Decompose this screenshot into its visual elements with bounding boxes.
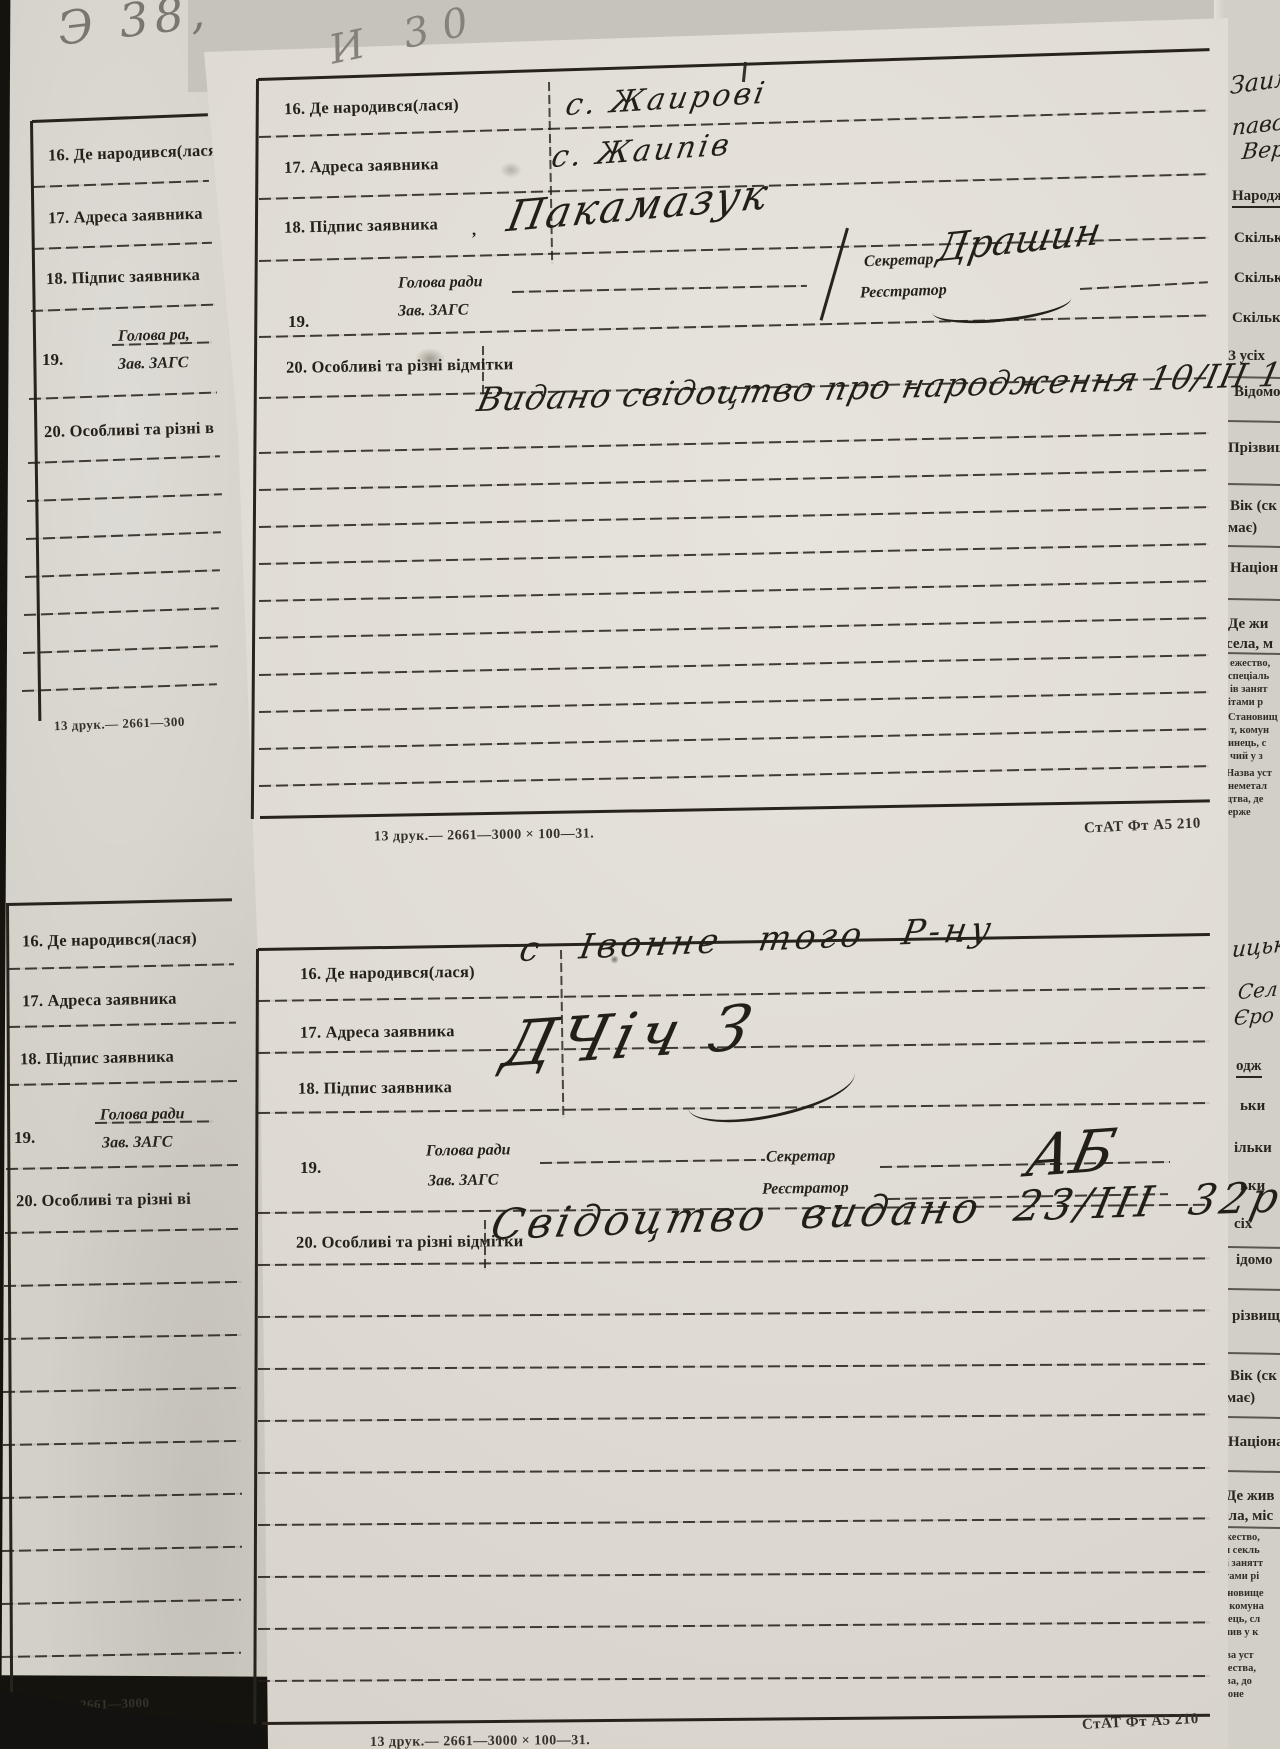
field16-label: 16. Де народився(лася) [300,962,475,984]
field19-number: 19. [14,1128,35,1148]
secretary-label: Секретар [864,251,934,271]
column-label-fragment: ьки [1240,1098,1265,1115]
field20-label: 20. Особливі та різні ві [16,1189,191,1211]
column-label-fragment: Скільки [1234,230,1280,247]
zags-registrar-label: Зав. ЗАГС [102,1134,173,1153]
small-print-fragment: . комуна [1224,1601,1264,1612]
residence-label-fragment: ела, міс [1222,1508,1273,1525]
small-print-fragment: чий у з [1230,751,1263,762]
column-label-fragment: різвищ [1232,1308,1280,1325]
small-print-fragment: ів занят [1230,684,1268,695]
small-print-fragment: кество, [1226,1532,1260,1543]
field16-label: 16. Де народився(лася) [22,928,197,951]
zags-registrar-label: Зав. ЗАГС [428,1172,499,1191]
column-label-fragment: Прізвищ [1228,440,1280,457]
registrar-label: Реєстратор [860,281,947,302]
residence-label-fragment: Де жи [1228,616,1268,633]
column-label-fragment: ідомо [1236,1252,1273,1269]
age-label-fragment: має) [1228,520,1257,537]
handwriting-fragment: Єро [1233,1002,1275,1030]
small-print-fragment: ановище [1222,1588,1264,1599]
field20-label: 20. Особливі та різні відмітки [286,354,514,378]
small-print-fragment: Назва уст [1226,768,1272,779]
small-print-fragment: спеціаль [1228,671,1269,682]
field19-number: 19. [300,1158,321,1178]
field18-label: 18. Підпис заявника [298,1077,452,1099]
field17-label: 17. Адреса заявника [22,989,177,1012]
field19-number: 19. [288,312,309,332]
ink-stain [500,162,522,178]
small-print-fragment: ітами р [1228,697,1263,708]
field18-label: 18. Підпис заявника [20,1047,174,1070]
handwriting-fragment: павс [1231,110,1280,141]
column-label-fragment: одж [1236,1058,1262,1078]
small-print-fragment: неметал [1228,781,1267,792]
field20-label: 20. Особливі та різні в [44,418,215,442]
zags-registrar-label: Зав. ЗАГС [118,354,189,374]
column-label-fragment: Скільки [1232,310,1280,327]
head-of-council-label: Голова ради [398,273,483,292]
nationality-label-fragment: Націона [1228,1434,1280,1451]
punctuation-mark: , [472,220,476,240]
handwriting-fragment: Сел [1237,976,1279,1004]
zags-registrar-label: Зав. ЗАГС [398,301,469,320]
print-code-footer: 13 друк.— 2661—3000 × 100—31. [374,826,594,845]
small-print-fragment: цтва, де [1226,794,1263,805]
scanned-registry-page: Э 38, 16. Де народився(лася 17. Адреса з… [0,0,1280,1749]
field17-label: 17. Адреса заявника [300,1021,455,1043]
column-label-fragment: Народж [1232,188,1280,208]
scan-background-shadow [0,1680,262,1749]
small-print-fragment: т, комун [1230,725,1269,736]
field18-label: 18. Підпис заявника [284,214,438,237]
small-print-fragment: ежество, [1230,658,1270,669]
residence-label-fragment: Де жив [1226,1488,1275,1505]
age-label-fragment: Вік (ск [1230,498,1277,515]
small-print-fragment: п секль [1224,1545,1260,1556]
field17-label: 17. Адреса заявника [284,154,439,178]
field19-number: 19. [42,350,63,370]
handwriting-fragment: Вер [1241,137,1280,165]
age-label-fragment: має) [1226,1390,1255,1407]
small-print-fragment: і занятт [1226,1558,1263,1569]
age-label-fragment: Вік (ск [1230,1368,1277,1385]
head-of-council-label: Голова ради [426,1141,511,1160]
small-print-fragment: нив у к [1224,1627,1258,1638]
small-print-fragment: Становищ [1228,712,1278,723]
small-print-fragment: ерже [1228,807,1251,818]
small-print-fragment: тами рі [1224,1571,1259,1582]
secretary-label: Секретар [766,1147,836,1166]
paper-sheet-center [198,14,1228,1749]
small-print-fragment: инець, с [1228,738,1266,749]
handwriting-fragment: ицьк [1231,932,1280,963]
print-code-footer: 13 друк.— 2661—3000 × 100—31. [370,1733,590,1749]
column-label-fragment: ільки [1234,1140,1272,1157]
residence-label-fragment: села, м [1226,636,1273,653]
nationality-label-fragment: Націон [1230,560,1278,577]
column-label-fragment: Скільк [1234,270,1280,287]
